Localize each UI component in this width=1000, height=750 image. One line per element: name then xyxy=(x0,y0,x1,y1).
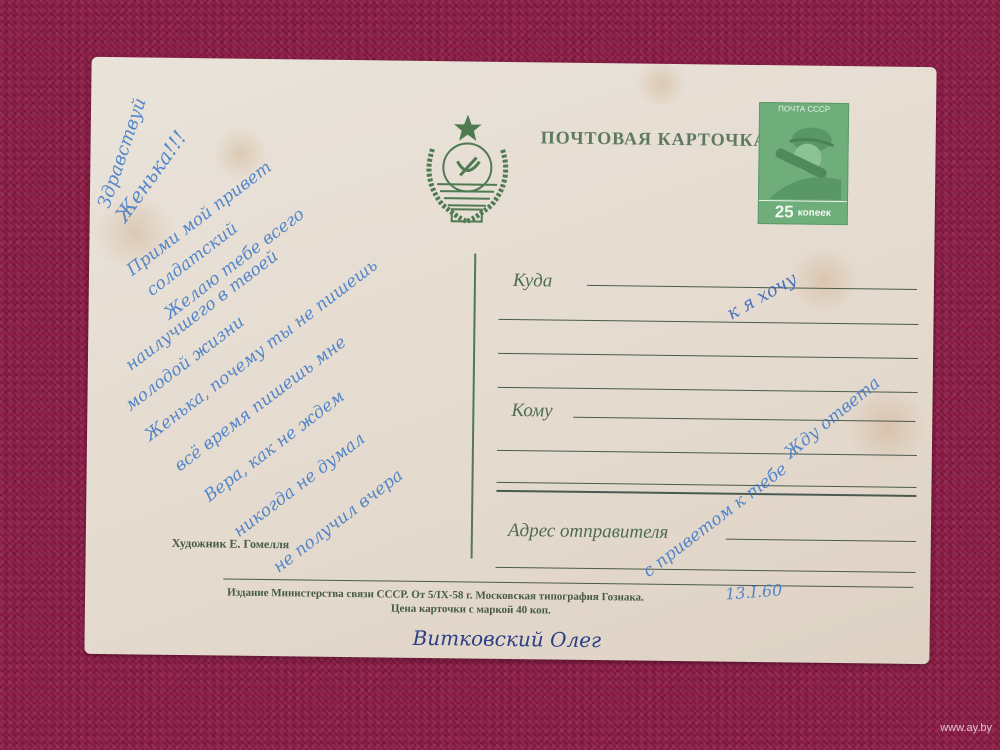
bottom-rule xyxy=(223,579,913,588)
label-to-where: Куда xyxy=(513,270,553,292)
divider-line xyxy=(471,254,477,559)
handwritten-date: 13.I.60 xyxy=(724,580,782,603)
postage-stamp: ПОЧТА СССР 25 копеек xyxy=(758,102,849,225)
ussr-emblem-icon xyxy=(412,109,523,230)
address-line xyxy=(495,567,915,573)
price-line: Цена карточки с маркой 40 коп. xyxy=(391,603,551,617)
signature: Витковский Олег xyxy=(412,626,601,652)
miner-icon xyxy=(763,117,844,200)
watermark: www.ay.by xyxy=(940,722,992,734)
stamp-header: ПОЧТА СССР xyxy=(760,103,848,116)
handwritten-margin-note: к я хочу xyxy=(723,268,800,324)
address-line xyxy=(497,450,917,456)
address-divider xyxy=(496,490,916,497)
postcard: ПОЧТОВАЯ КАРТОЧКА ПОЧТА СССР 25 копеек К… xyxy=(84,57,936,664)
postcard-title: ПОЧТОВАЯ КАРТОЧКА xyxy=(541,127,768,151)
address-line xyxy=(726,539,916,542)
handwritten-line: с приветом к тебе xyxy=(639,459,791,581)
publisher-line: Издание Министерства связи СССР. От 5/IX… xyxy=(227,587,644,604)
address-line xyxy=(497,482,917,488)
address-line xyxy=(498,319,918,325)
address-line xyxy=(498,353,918,359)
label-to-whom: Кому xyxy=(511,400,553,423)
label-sender-address: Адрес отправителя xyxy=(508,520,669,544)
stamp-value: 25 копеек xyxy=(759,200,847,224)
artist-credit: Художник Е. Гомелля xyxy=(172,536,290,552)
